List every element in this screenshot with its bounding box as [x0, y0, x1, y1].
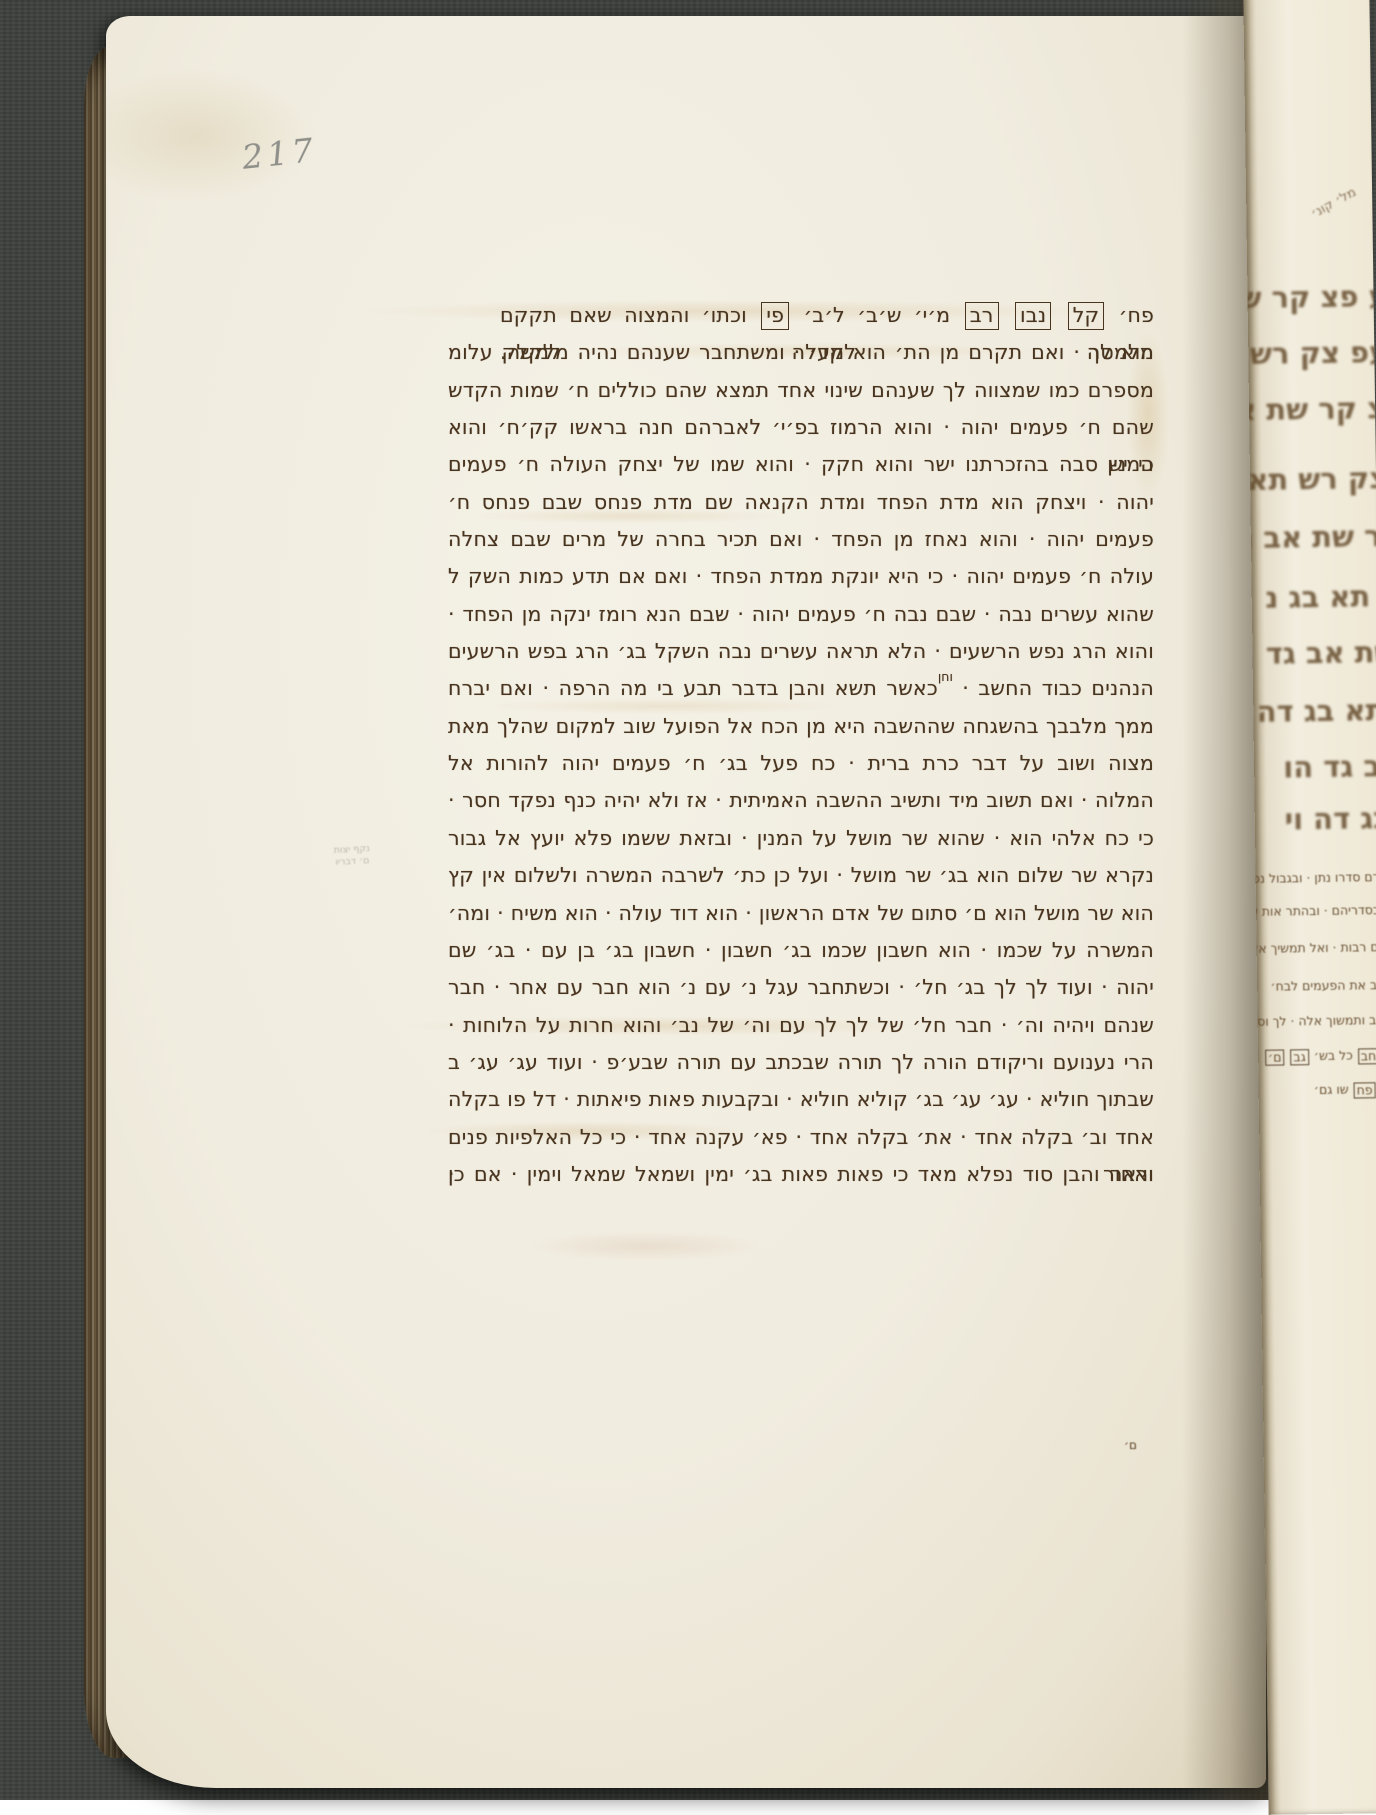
text-segment: פצ קר שת אב: [1243, 391, 1376, 428]
facing-page-text-row: סע פצ קר שת: [1243, 279, 1376, 316]
text-segment: קר שת אב נ: [1243, 519, 1376, 555]
faint-marginal-note-line2: ם׳ דבריו: [334, 855, 371, 869]
text-segment: ב את הפעמים לבח׳: [1270, 977, 1376, 993]
text-segment: יהוה · ויצחק הוא מדת הפחד ומדת הקנאה שם …: [448, 490, 1154, 514]
facing-page-text-row: קר שת אב נ: [1243, 519, 1376, 555]
text-segment: [1001, 303, 1013, 327]
boxed-word: קל: [1068, 302, 1105, 330]
text-segment: צק רש תא גנ: [1243, 461, 1376, 497]
facing-page-text-row: בג דה וי: [1284, 801, 1376, 836]
manuscript-line: כי כח אלהי הוא · שהוא שר מושל על המנין ·…: [448, 820, 1154, 857]
manuscript-line: מספרם כמו שמצווה לך שענהם שינוי אחד תמצא…: [448, 372, 1154, 409]
text-segment: וראה והבן סוד נפלא מאד כי פאות פאות בג׳ …: [448, 1162, 1154, 1186]
text-segment: מל׳ קונ׳: [1309, 185, 1359, 222]
text-segment: המלוה · ואם תשוב מיד ותשיב ההשבה האמיתית…: [448, 788, 1154, 812]
facing-page-text-row: פצ קר שת אב: [1243, 391, 1376, 428]
manuscript-line: פעמים יהוה · והוא נאחז מן הפחד · ואם תכי…: [448, 521, 1154, 558]
manuscript-line: יהוה · ויצחק הוא מדת הפחד ומדת הקנאה שם …: [448, 484, 1154, 521]
text-segment: כל בש׳: [1310, 1047, 1357, 1063]
manuscript-line: המשרה על שכמו · הוא חשבון שכמו בג׳ חשבון…: [448, 932, 1154, 969]
facing-page-text-row: בסדריהם · ובהתר אות של׳: [1243, 902, 1376, 919]
facing-page-text-row: מל׳ קונ׳: [1309, 185, 1359, 222]
manuscript-line: מצוה ושוב על דבר כרת ברית · כח פעל בג׳ ח…: [448, 745, 1154, 782]
text-segment: פח׳: [1106, 303, 1154, 327]
facing-page-text-row: ב את הפעמים לבח׳: [1270, 977, 1376, 993]
manuscript-line: שהם ח׳ פעמים יהוה · והוא הרמוז בפ׳י׳ לאב…: [448, 409, 1154, 446]
facing-page-text-row: עפ צק רש תא: [1243, 335, 1376, 372]
manuscript-line: הוא לך · ואם תקרם מן הת׳ הוא קד׳ · ומשתח…: [448, 334, 1154, 371]
manuscript-line: והוא הרג נפש הרשעים · הלא תראה עשרים נבה…: [448, 633, 1154, 670]
text-segment: פעמים יהוה · והוא נאחז מן הפחד · ואם תכי…: [448, 527, 1154, 551]
text-segment: [1053, 303, 1065, 327]
manuscript-line: הנהנים כבוד החשב · וחןכאשר תשא והבן בדבר…: [448, 670, 1154, 707]
text-segment: ם רבות · ואל תמשיך אל׳: [1246, 939, 1376, 956]
manuscript-line: יהוה · ועוד לך לך בג׳ חל׳ · וכשתחבר עגל …: [448, 969, 1154, 1006]
text-segment: שת אב גד: [1265, 635, 1376, 671]
manuscript-line: וראה והבן סוד נפלא מאד כי פאות פאות בג׳ …: [448, 1156, 1154, 1193]
boxed-word: ם׳: [1265, 1049, 1285, 1065]
text-segment: שו גם׳: [1314, 1082, 1353, 1098]
facing-page-text-row: אב גד הו: [1283, 749, 1376, 785]
manuscript-line: המלוה · ואם תשוב מיד ותשיב ההשבה האמיתית…: [448, 782, 1154, 819]
boxed-word: חב: [1358, 1048, 1376, 1064]
manuscript-line: שנהם ויהיה וה׳ · חבר חל׳ של לך לך עם וה׳…: [448, 1007, 1154, 1044]
text-segment: יהוה · ועוד לך לך בג׳ חל׳ · וכשתחבר עגל …: [448, 975, 1154, 999]
manuscript-line: הוא שר מושל הוא ם׳ סתום של אדם הראשון · …: [448, 895, 1154, 932]
text-segment: הוא שר מושל הוא ם׳ סתום של אדם הראשון · …: [448, 901, 1154, 925]
text-segment: כי יש סבה בהזכרתנו ישר והוא חקק · והוא ש…: [448, 452, 1154, 476]
manuscript-line: שהוא עשרים נבה · שבם נבה ח׳ פעמים יהוה ·…: [448, 596, 1154, 633]
boxed-word: נבו: [1015, 302, 1051, 330]
text-segment: נקרא שר שלום הוא בג׳ שר מושל · ועל כן כת…: [448, 863, 1154, 887]
text-segment: תא בג דה: [1256, 693, 1376, 729]
manuscript-line: פח׳ קל נבו רב מ׳י׳ ש׳ב׳ ל׳ב׳ פי וכתו׳ וה…: [448, 297, 1154, 334]
text-segment: וב ותמשוך אלה · לך וס׳: [1252, 1012, 1376, 1029]
text-segment: כי כח אלהי הוא · שהוא שר מושל על המנין ·…: [448, 826, 1154, 850]
text-segment: ממך מלבבך בהשגחה שההשבה היא מן הכח אל הפ…: [448, 714, 1154, 738]
text-segment: המשרה על שכמו · הוא חשבון שכמו בג׳ חשבון…: [448, 938, 1154, 962]
manuscript-line: נקרא שר שלום הוא בג׳ שר מושל · ועל כן כת…: [448, 857, 1154, 894]
text-segment: בג דה וי: [1284, 801, 1376, 836]
text-segment: והוא הרג נפש הרשעים · הלא תראה עשרים נבה…: [448, 639, 1154, 663]
text-segment: רם סדרו נתן · ובגבול נפן: [1249, 869, 1376, 886]
manuscript-text-block: פח׳ קל נבו רב מ׳י׳ ש׳ב׳ ל׳ב׳ פי וכתו׳ וה…: [448, 297, 1154, 1193]
text-segment: עולה ח׳ פעמים יהוה · כי היא יונקת ממדת ה…: [448, 564, 1154, 588]
boxed-word: פח: [1354, 1082, 1376, 1098]
text-segment: בסדריהם · ובהתר אות של׳: [1243, 902, 1376, 919]
manuscript-line: ממך מלבבך בהשגחה שההשבה היא מן הכח אל הפ…: [448, 708, 1154, 745]
text-segment: עפ צק רש תא: [1243, 335, 1376, 372]
text-segment: שהוא עשרים נבה · שבם נבה ח׳ פעמים יהוה ·…: [448, 602, 1154, 626]
manuscript-line: עולה ח׳ פעמים יהוה · כי היא יונקת ממדת ה…: [448, 558, 1154, 595]
facing-page-text-row: חב כל בש׳ גב ם׳: [1264, 1047, 1376, 1065]
text-segment: הנהנים כבוד החשב ·: [953, 676, 1154, 700]
text-segment: הוא לך · ואם תקרם מן הת׳ הוא קד׳ · ומשתח…: [448, 340, 1154, 364]
facing-page-text-row: צק רש תא גנ: [1243, 461, 1376, 497]
text-segment: מצוה ושוב על דבר כרת ברית · כח פעל בג׳ ח…: [448, 751, 1154, 775]
text-segment: שבתוך חוליא · עג׳ עג׳ בג׳ קוליא חוליא · …: [448, 1087, 1154, 1111]
text-segment: אב גד הו: [1283, 749, 1376, 785]
boxed-word: רב: [965, 302, 999, 330]
interlinear-note: וחן: [938, 669, 953, 684]
text-segment: מספרם כמו שמצווה לך שענהם שינוי אחד תמצא…: [448, 378, 1154, 402]
manuscript-page: 217 פח׳ קל נבו רב מ׳י׳ ש׳ב׳ ל׳ב׳ פי וכתו…: [106, 16, 1266, 1788]
manuscript-line: שבתוך חוליא · עג׳ עג׳ בג׳ קוליא חוליא · …: [448, 1081, 1154, 1118]
facing-page-text-row: שת אב גד: [1265, 635, 1376, 671]
gutter-ink-mark: ם׳: [1124, 1438, 1137, 1452]
text-segment: [1285, 1048, 1289, 1063]
facing-page-text-row: תא בג דה: [1256, 693, 1376, 729]
facing-page-text-row: וב ותמשוך אלה · לך וס׳: [1252, 1012, 1376, 1029]
manuscript-line: הרי נענועם וריקודם הורה לך תורה שבכתב עם…: [448, 1044, 1154, 1081]
text-segment: סע פצ קר שת: [1243, 279, 1376, 316]
facing-page-text-row: רם סדרו נתן · ובגבול נפן: [1249, 869, 1376, 886]
binding-cloth-background: 217 פח׳ קל נבו רב מ׳י׳ ש׳ב׳ ל׳ב׳ פי וכתו…: [0, 0, 1376, 1800]
text-segment: הרי נענועם וריקודם הורה לך תורה שבכתב עם…: [448, 1050, 1154, 1074]
facing-page-text-row: ם רבות · ואל תמשיך אל׳: [1246, 939, 1376, 956]
manuscript-line: אחד וב׳ בקלה אחד · את׳ בקלה אחד · פא׳ עק…: [448, 1119, 1154, 1156]
manuscript-line: כי יש סבה בהזכרתנו ישר והוא חקק · והוא ש…: [448, 446, 1154, 483]
facing-page-text-row: פח שו גם׳: [1314, 1081, 1376, 1098]
folio-number: 217: [240, 130, 319, 177]
text-segment: מ׳י׳ ש׳ב׳ ל׳ב׳: [791, 303, 963, 327]
faint-marginal-note: נקף יצות ם׳ דבריו: [333, 843, 370, 869]
text-segment: כאשר תשא והבן בדבר תבע בי מה הרפה · ואם …: [448, 676, 938, 700]
text-segment: רש תא בג נ: [1265, 579, 1376, 615]
boxed-word: פי: [761, 302, 789, 330]
text-segment: שנהם ויהיה וה׳ · חבר חל׳ של לך לך עם וה׳…: [448, 1013, 1154, 1037]
boxed-word: גב: [1290, 1049, 1309, 1065]
facing-page-text-row: רש תא בג נ: [1265, 579, 1376, 615]
